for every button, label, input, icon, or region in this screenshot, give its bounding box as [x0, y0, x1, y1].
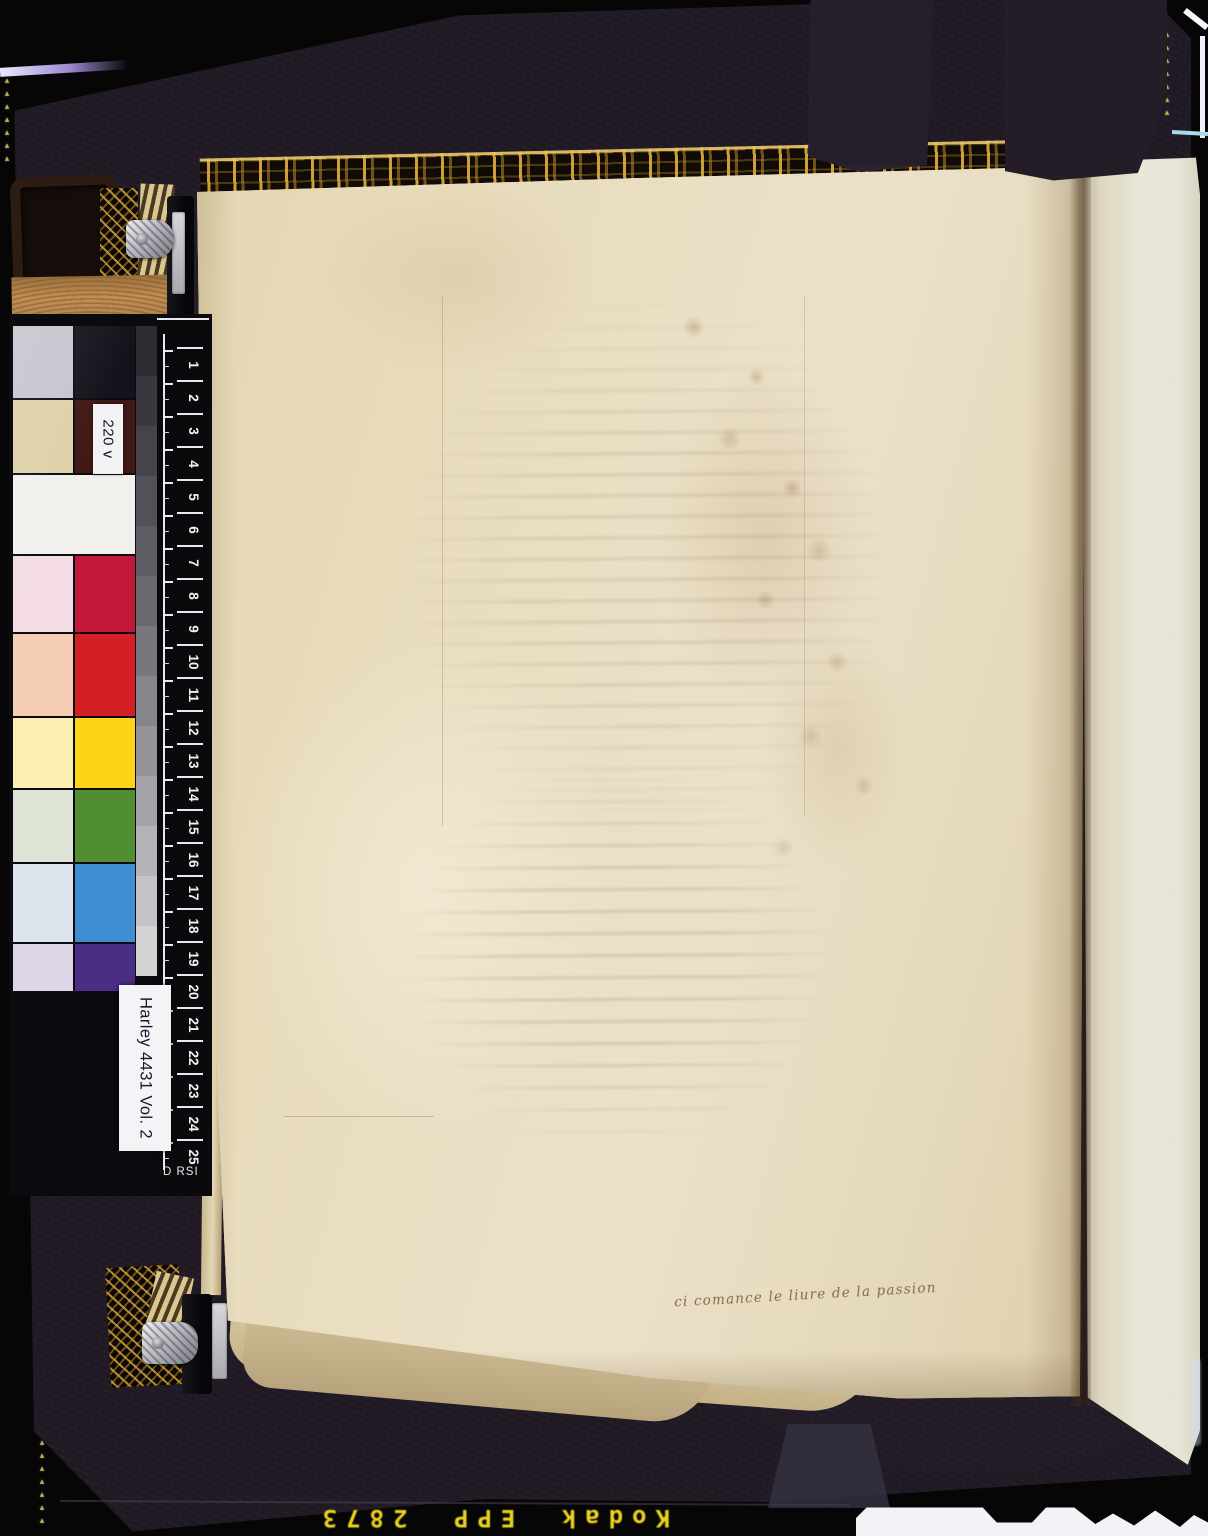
film-perforation-light [856, 1506, 1208, 1536]
ruler-number: 2 [175, 383, 201, 413]
ruler-tick [163, 944, 173, 946]
felt-strap [768, 1424, 890, 1508]
patch-row [13, 790, 135, 862]
grayscale-step [136, 676, 157, 726]
felt-strap [1005, 0, 1167, 188]
grayscale-step [136, 526, 157, 576]
ruler-separator [177, 941, 203, 943]
ruler-number: 14 [175, 779, 201, 809]
ruler-separator [177, 908, 203, 910]
ruler-half-tick [163, 564, 169, 565]
grayscale-step [136, 626, 157, 676]
ruler-half-tick [163, 531, 169, 532]
ruler-number: 3 [175, 416, 201, 446]
grayscale-strip [136, 326, 157, 976]
metal-clamp [142, 1322, 198, 1364]
ruler-separator [177, 1073, 203, 1075]
ruler-tick [163, 746, 173, 748]
ruler-number: 6 [175, 515, 201, 545]
grayscale-step [136, 376, 157, 426]
ruler-tick [163, 515, 173, 517]
ruler-number: 4 [175, 449, 201, 479]
ruler-tick [163, 812, 173, 814]
ruler-separator [177, 479, 203, 481]
ruler-number: 19 [175, 944, 201, 974]
ruler-number: 23 [175, 1076, 201, 1106]
ruler-half-tick [163, 927, 169, 928]
color-patch [75, 944, 135, 991]
ruler-separator [177, 842, 203, 844]
ruler-tick [163, 845, 173, 847]
ruler-half-tick [163, 1158, 169, 1159]
ruler-separator [177, 1106, 203, 1108]
film-edge-marks-icon: ▴ ▴ ▴ ▴ ▴ ▴ ▴ [36, 1436, 48, 1527]
ruler-separator [177, 611, 203, 613]
ruler-tick [163, 977, 173, 979]
page-gloss-highlight [1192, 1358, 1201, 1446]
color-patch [75, 556, 135, 632]
color-patch [13, 475, 135, 554]
ruler-number: 16 [175, 845, 201, 875]
ruler-number: 20 [175, 977, 201, 1007]
color-patch [13, 864, 73, 942]
grayscale-step [136, 926, 157, 976]
ruler-separator [177, 809, 203, 811]
felt-strap [808, 0, 936, 172]
ruler-number: 13 [175, 746, 201, 776]
ruler-tick [163, 449, 173, 451]
ruler-separator [177, 875, 203, 877]
ruler-half-tick [163, 762, 169, 763]
ruler-tick [163, 647, 173, 649]
color-patch [13, 944, 73, 991]
ruler-separator [177, 347, 203, 349]
color-patch [75, 326, 135, 398]
ruler-tick [163, 878, 173, 880]
ruler-number: 9 [175, 614, 201, 644]
ruler-tick [163, 350, 173, 352]
ruler-separator [177, 677, 203, 679]
ruler-half-tick [163, 960, 169, 961]
ruler-number: 12 [175, 713, 201, 743]
film-brand-marking: Kodak EPP 2873 [298, 1494, 670, 1532]
ruler-separator [177, 512, 203, 514]
ruler-number: 18 [175, 911, 201, 941]
ruler-separator [177, 1139, 203, 1141]
ruler-tick [163, 548, 173, 550]
patch-row [13, 326, 135, 398]
ruler-separator [177, 545, 203, 547]
ruler-tick [163, 581, 173, 583]
clip-label [212, 1303, 227, 1379]
ruler-half-tick [163, 465, 169, 466]
ruler-half-tick [163, 498, 169, 499]
folio-number-label: 220 v [93, 404, 123, 474]
color-patch [13, 634, 73, 716]
grayscale-step [136, 326, 157, 376]
film-edge-marks-icon: ▴ ▴ ▴ ▴ ▴ ▴ ▴ [1, 74, 13, 165]
ruler-half-tick [163, 729, 169, 730]
ruler-number: 17 [175, 878, 201, 908]
ruler-separator [177, 413, 203, 415]
text-showthrough [401, 755, 834, 1158]
ruler-number: 25 [175, 1142, 201, 1172]
ruler-separator [177, 974, 203, 976]
handwritten-inscription: ci comance le liure de la passion [674, 1277, 984, 1310]
metal-clamp [126, 220, 174, 258]
ruler-half-tick [163, 366, 169, 367]
ruler-half-tick [163, 663, 169, 664]
ruler-half-tick [163, 894, 169, 895]
ruler-separator [177, 776, 203, 778]
patch-row [13, 475, 135, 554]
ruler-number: 7 [175, 548, 201, 578]
color-patch [75, 864, 135, 942]
ruler-half-tick [163, 432, 169, 433]
color-patch [75, 790, 135, 862]
patch-row [13, 864, 135, 942]
ruler-half-tick [163, 828, 169, 829]
ruler-separator [177, 380, 203, 382]
color-patch [13, 326, 73, 398]
grayscale-step [136, 476, 157, 526]
ruler-separator [177, 743, 203, 745]
ruler-number: 21 [175, 1010, 201, 1040]
color-patch [75, 634, 135, 716]
ruler-tick [163, 779, 173, 781]
color-patch [13, 556, 73, 632]
ruler-tick [163, 680, 173, 682]
ruler-half-tick [163, 630, 169, 631]
color-patch [13, 790, 73, 862]
ruler-separator [177, 710, 203, 712]
ruler-separator [177, 644, 203, 646]
color-patch [13, 400, 73, 473]
ruler-separator [177, 446, 203, 448]
ruler-number: 10 [175, 647, 201, 677]
ruler-tick [163, 713, 173, 715]
ruler-number: 24 [175, 1109, 201, 1139]
ruler-tick [163, 383, 173, 385]
ruler-half-tick [163, 861, 169, 862]
color-patch [75, 718, 135, 788]
patch-row [13, 944, 135, 991]
ruler-tick [163, 614, 173, 616]
gutter-shadow [1069, 164, 1091, 1406]
ruling-line [284, 1116, 434, 1117]
ruler-half-tick [163, 696, 169, 697]
ruler-number: 5 [175, 482, 201, 512]
color-patch [13, 718, 73, 788]
manuscript-photo-frame: ▴ ▴ ▴ ▴ ▴ ▴ ▴ ▴ ▴ ▴ ▴ ▴ ▴ ▴ ▴ ▴ ▴ ▴ ▴ ▴ … [0, 0, 1208, 1536]
ruler-number: 22 [175, 1043, 201, 1073]
ruler-number: 11 [175, 680, 201, 710]
ruler-separator [177, 1040, 203, 1042]
film-edge-sliver-right [1200, 36, 1205, 138]
film-light-leak-top-left [0, 60, 128, 77]
grayscale-step [136, 426, 157, 476]
patch-row [13, 634, 135, 716]
ruler-tick [163, 482, 173, 484]
grayscale-step [136, 576, 157, 626]
grayscale-step [136, 726, 157, 776]
facing-page [1078, 155, 1200, 1470]
ruler-number: 15 [175, 812, 201, 842]
ruler-tick [163, 416, 173, 418]
manuscript-page-220v: ci comance le liure de la passion [192, 166, 1088, 1406]
grayscale-step [136, 876, 157, 926]
ruler-half-tick [163, 597, 169, 598]
film-light-leak-top-right [1183, 8, 1208, 30]
ruler-number: 1 [175, 350, 201, 380]
shelfmark-label: Harley 4431 Vol. 2 [119, 985, 171, 1151]
ruler-half-tick [163, 399, 169, 400]
ruler-half-tick [163, 795, 169, 796]
grayscale-step [136, 776, 157, 826]
patch-row [13, 556, 135, 632]
ruler-separator [177, 578, 203, 580]
ruler-number: 8 [175, 581, 201, 611]
ruler-tick [163, 911, 173, 913]
ruling-line [804, 296, 805, 816]
grayscale-step [136, 826, 157, 876]
ruling-line [442, 296, 443, 826]
patch-row [13, 718, 135, 788]
ruler-separator [177, 1007, 203, 1009]
